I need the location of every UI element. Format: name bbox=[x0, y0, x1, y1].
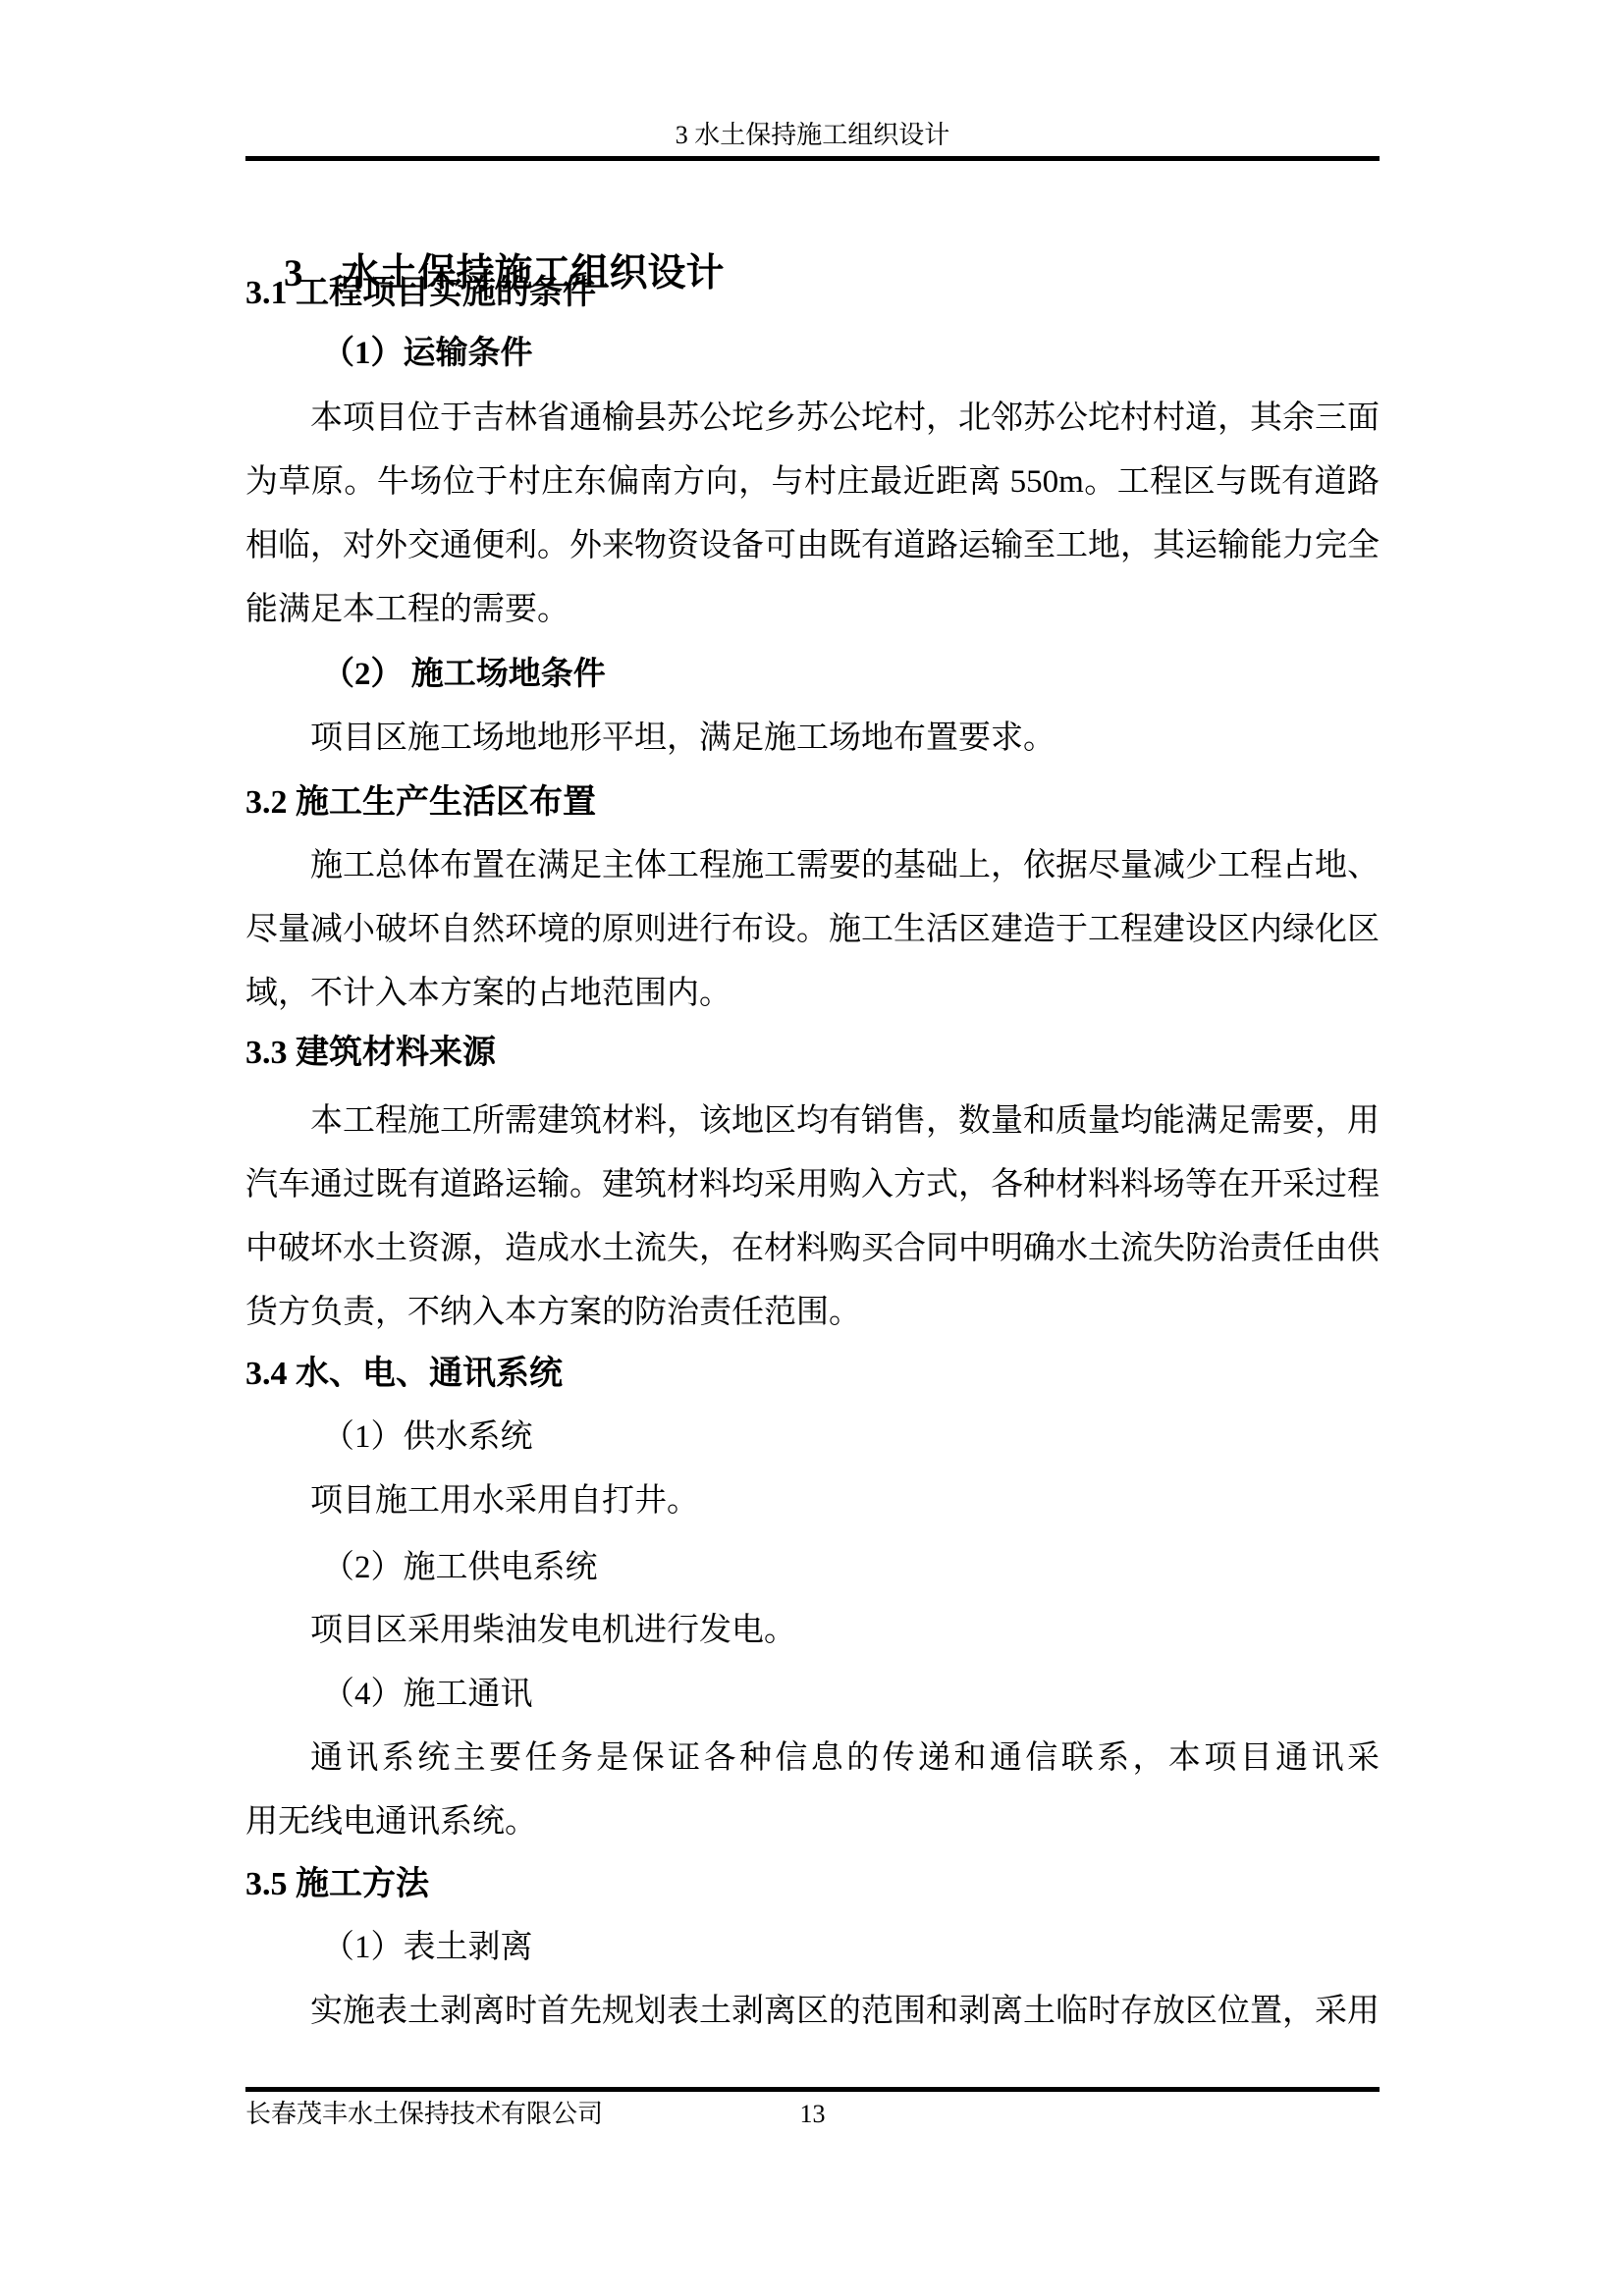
subheading-topsoil-stripping: （1）表土剥离 bbox=[245, 1916, 1380, 1980]
paragraph-line: 项目区采用柴油发电机进行发电。 bbox=[245, 1599, 1380, 1663]
subheading-site-conditions: （2） 施工场地条件 bbox=[245, 643, 1380, 707]
paragraph-line: 相临，对外交通便利。外来物资设备可由既有道路运输至工地，其运输能力完全 bbox=[245, 514, 1380, 578]
paragraph-site: 项目区施工场地地形平坦，满足施工场地布置要求。 bbox=[245, 707, 1380, 771]
header-rule bbox=[245, 156, 1380, 161]
paragraph-line: 项目施工用水采用自打井。 bbox=[245, 1469, 1380, 1533]
paragraph-layout: 施工总体布置在满足主体工程施工需要的基础上，依据尽量减少工程占地、 尽量减小破坏… bbox=[245, 834, 1380, 1026]
paragraph-topsoil: 实施表土剥离时首先规划表土剥离区的范围和剥离土临时存放区位置，采用 bbox=[245, 1980, 1380, 2044]
section-heading-3-1: 3.1 工程项目实施的条件 bbox=[245, 261, 1380, 325]
paragraph-power: 项目区采用柴油发电机进行发电。 bbox=[245, 1599, 1380, 1663]
subheading-water-supply: （1）供水系统 bbox=[245, 1406, 1380, 1469]
subheading-power-supply: （2）施工供电系统 bbox=[245, 1536, 1380, 1600]
paragraph-transport: 本项目位于吉林省通榆县苏公坨乡苏公坨村，北邻苏公坨村村道，其余三面 为草原。牛场… bbox=[245, 387, 1380, 642]
footer-company: 长春茂丰水土保持技术有限公司 bbox=[245, 2095, 1380, 2134]
section-heading-3-5: 3.5 施工方法 bbox=[245, 1852, 1380, 1916]
paragraph-line: 施工总体布置在满足主体工程施工需要的基础上，依据尽量减少工程占地、 bbox=[245, 834, 1380, 898]
footer-rule bbox=[245, 2087, 1380, 2092]
section-heading-3-4: 3.4 水、电、通讯系统 bbox=[245, 1342, 1380, 1406]
paragraph-line: 域，不计入本方案的占地范围内。 bbox=[245, 962, 1380, 1026]
paragraph-line: 汽车通过既有道路运输。建筑材料均采用购入方式，各种材料料场等在开采过程 bbox=[245, 1153, 1380, 1217]
section-heading-3-2: 3.2 施工生产生活区布置 bbox=[245, 771, 1380, 834]
paragraph-materials: 本工程施工所需建筑材料，该地区均有销售，数量和质量均能满足需要，用 汽车通过既有… bbox=[245, 1090, 1380, 1345]
subheading-communication: （4）施工通讯 bbox=[245, 1663, 1380, 1727]
paragraph-line: 为草原。牛场位于村庄东偏南方向，与村庄最近距离 550m。工程区与既有道路 bbox=[245, 451, 1380, 514]
paragraph-line: 本项目位于吉林省通榆县苏公坨乡苏公坨村，北邻苏公坨村村道，其余三面 bbox=[245, 387, 1380, 451]
paragraph-line: 中破坏水土资源，造成水土流失，在材料购买合同中明确水土流失防治责任由供 bbox=[245, 1217, 1380, 1281]
paragraph-line: 项目区施工场地地形平坦，满足施工场地布置要求。 bbox=[245, 707, 1380, 771]
paragraph-line: 货方负责，不纳入本方案的防治责任范围。 bbox=[245, 1281, 1380, 1345]
paragraph-communication: 通讯系统主要任务是保证各种信息的传递和通信联系，本项目通讯采 用无线电通讯系统。 bbox=[245, 1727, 1380, 1854]
paragraph-line: 通讯系统主要任务是保证各种信息的传递和通信联系，本项目通讯采 bbox=[245, 1727, 1380, 1790]
paragraph-line: 尽量减小破坏自然环境的原则进行布设。施工生活区建造于工程建设区内绿化区 bbox=[245, 898, 1380, 962]
paragraph-line: 本工程施工所需建筑材料，该地区均有销售，数量和质量均能满足需要，用 bbox=[245, 1090, 1380, 1153]
document-page: 3 水土保持施工组织设计 3水土保持施工组织设计 3.1 工程项目实施的条件 （… bbox=[0, 0, 1624, 2296]
paragraph-water: 项目施工用水采用自打井。 bbox=[245, 1469, 1380, 1533]
section-heading-3-3: 3.3 建筑材料来源 bbox=[245, 1021, 1380, 1085]
paragraph-line: 实施表土剥离时首先规划表土剥离区的范围和剥离土临时存放区位置，采用 bbox=[245, 1980, 1380, 2044]
paragraph-line: 能满足本工程的需要。 bbox=[245, 578, 1380, 642]
paragraph-line: 用无线电通讯系统。 bbox=[245, 1790, 1380, 1854]
subheading-transport-conditions: （1）运输条件 bbox=[245, 322, 1380, 386]
running-header: 3 水土保持施工组织设计 bbox=[245, 115, 1380, 156]
